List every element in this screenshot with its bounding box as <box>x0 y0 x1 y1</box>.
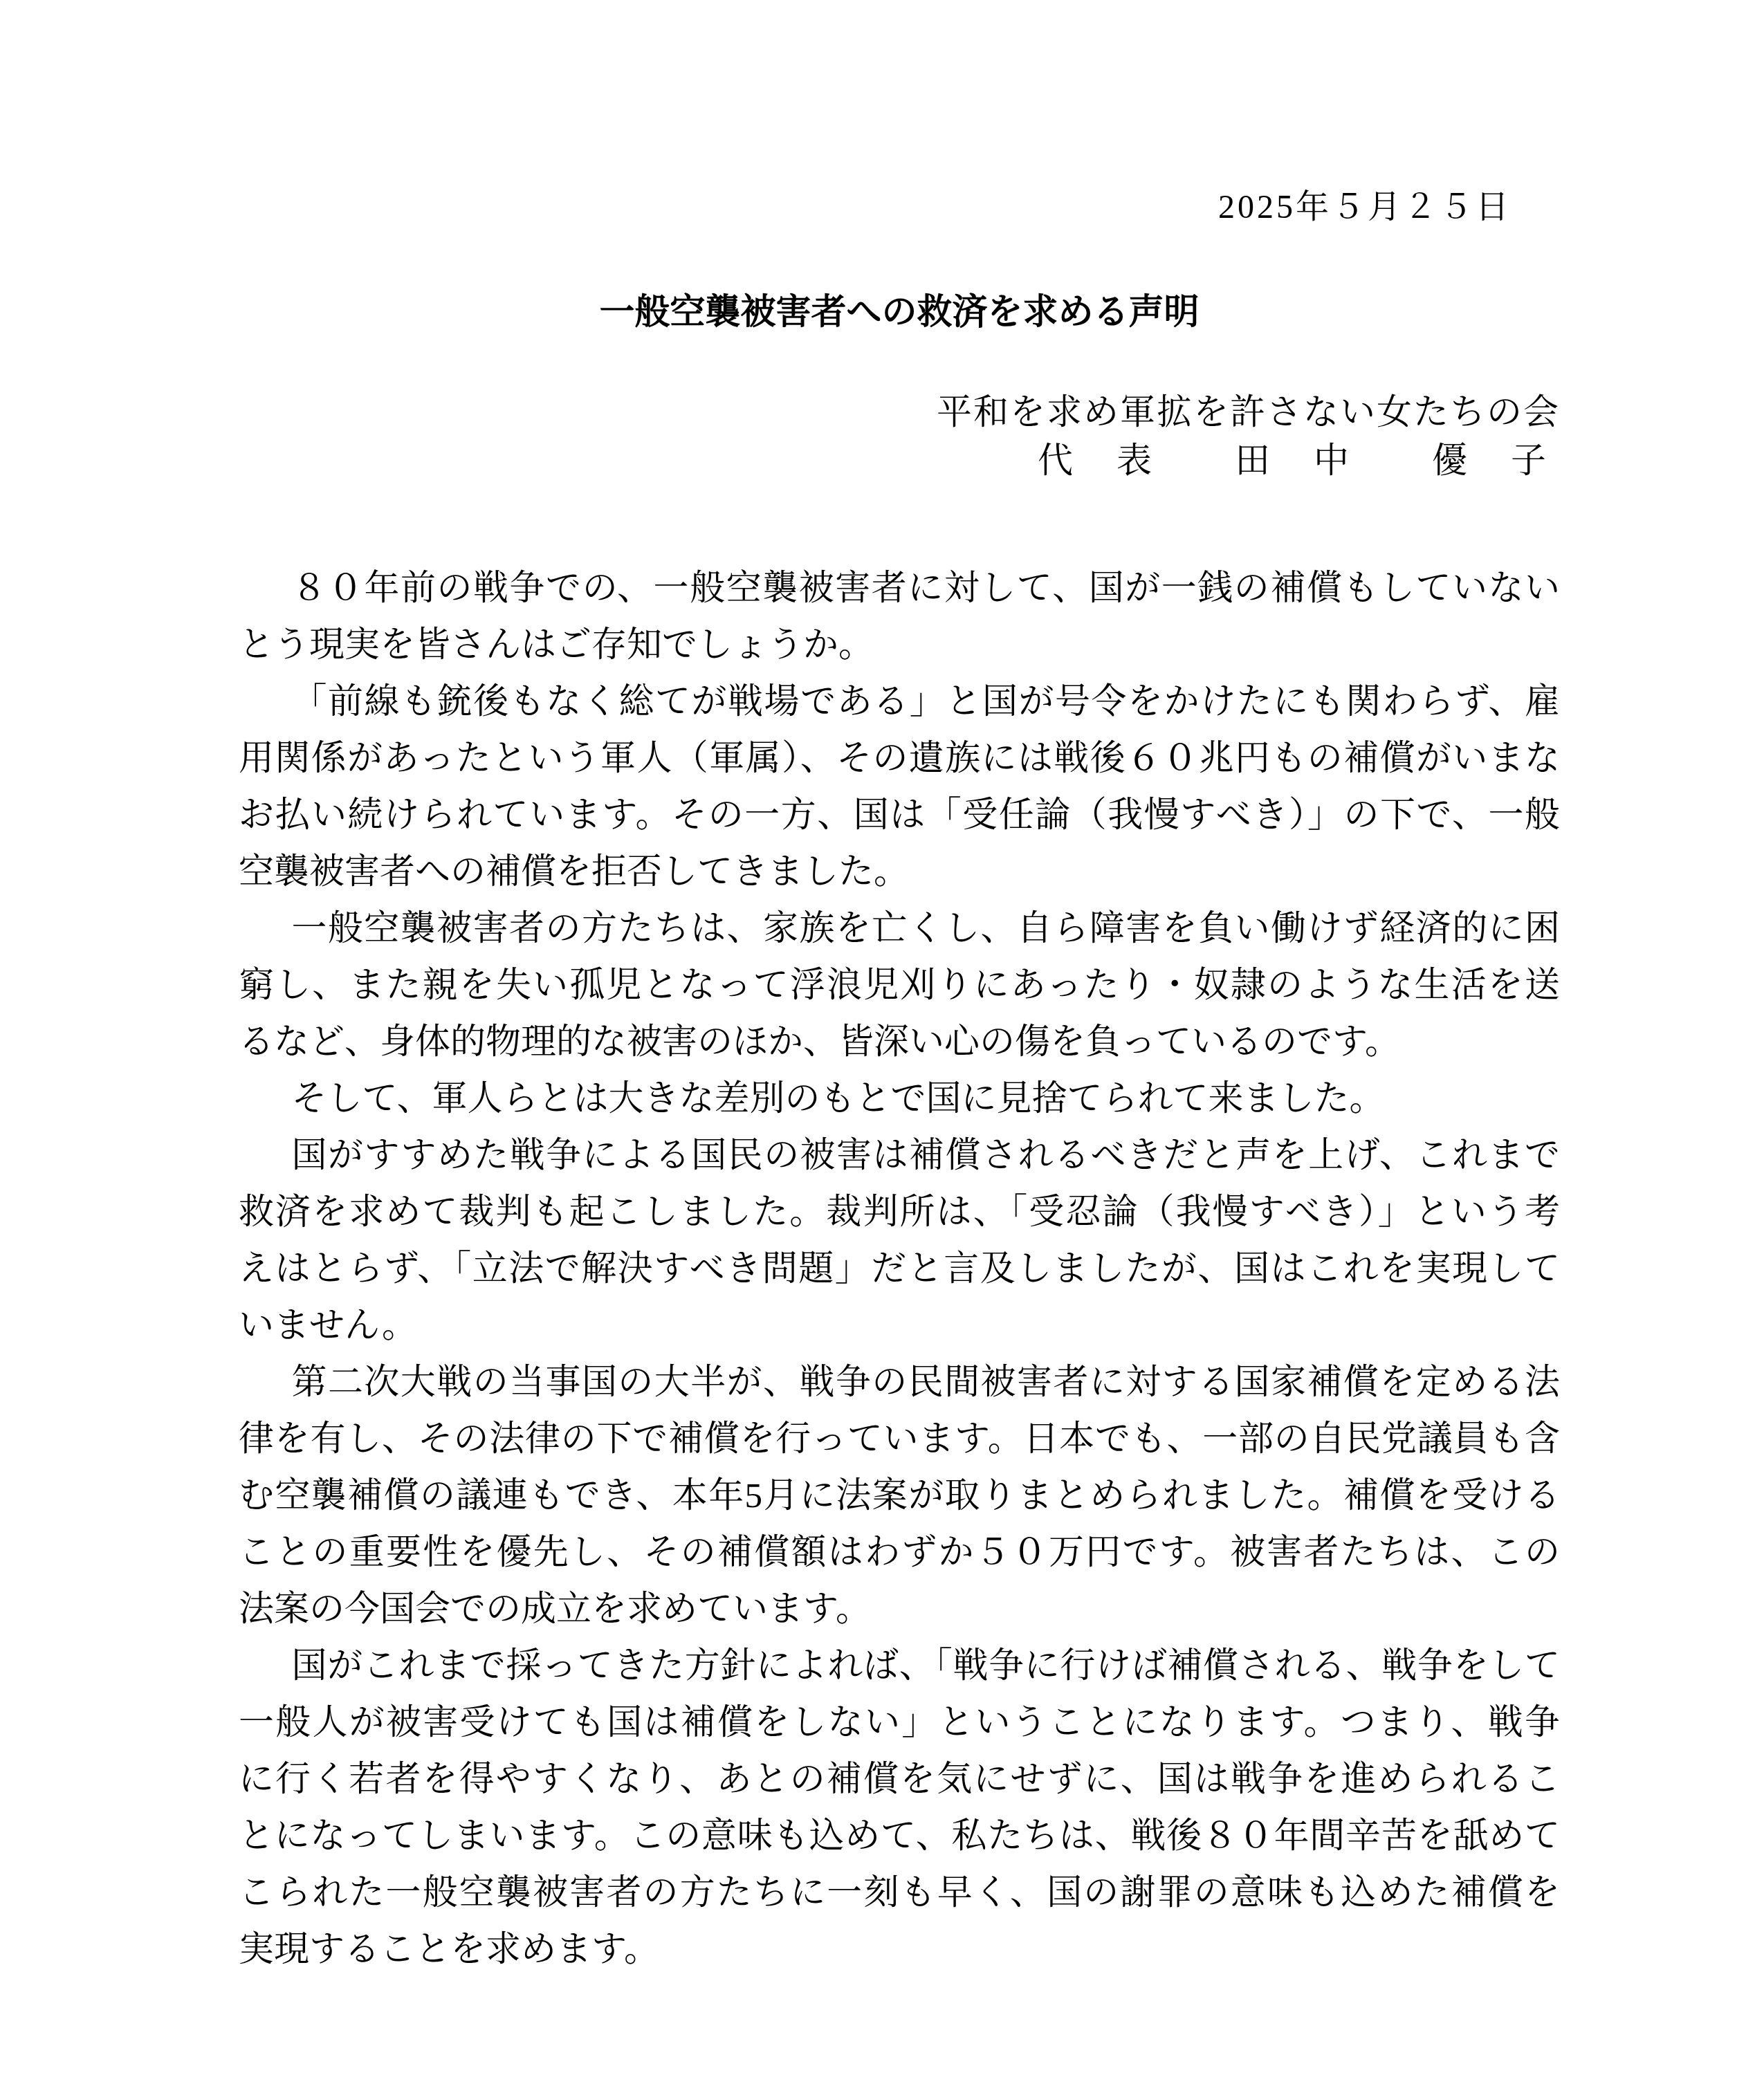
paragraph: 国がこれまで採ってきた方針によれば、「戦争に行けば補償される、戦争をして一般人が… <box>239 1638 1560 1978</box>
body-line: 空襲被害者への補償を拒否してきました。 <box>239 844 1560 901</box>
body-line: 国がこれまで採ってきた方針によれば、「戦争に行けば補償される、戦争をして <box>239 1638 1560 1695</box>
document-body: ８０年前の戦争での、一般空襲被害者に対して、国が一銭の補償もしていないとう現実を… <box>239 560 1560 1978</box>
body-line: む空襲補償の議連もでき、本年5月に法案が取りまとめられました。補償を受ける <box>239 1468 1560 1524</box>
body-line: ８０年前の戦争での、一般空襲被害者に対して、国が一銭の補償もしていない <box>239 560 1560 617</box>
document-title: 一般空襲被害者への救済を求める声明 <box>239 292 1560 332</box>
body-line: 実現することを求めます。 <box>239 1921 1560 1978</box>
organization-name: 平和を求め軍拡を許さない女たちの会 <box>239 391 1560 434</box>
paragraph: 第二次大戦の当事国の大半が、戦争の民間被害者に対する国家補償を定める法律を有し、… <box>239 1354 1560 1638</box>
representative-name: 代 表 田 中 優 子 <box>239 434 1560 488</box>
body-line: 一般空襲被害者の方たちは、家族を亡くし、自ら障害を負い働けず経済的に困 <box>239 901 1560 957</box>
body-line: とう現実を皆さんはご存知でしょうか。 <box>239 617 1560 674</box>
paragraph: 一般空襲被害者の方たちは、家族を亡くし、自ら障害を負い働けず経済的に困窮し、また… <box>239 901 1560 1071</box>
body-line: 法案の今国会での成立を求めています。 <box>239 1581 1560 1638</box>
body-line: 窮し、また親を失い孤児となって浮浪児刈りにあったり・奴隷のような生活を送 <box>239 957 1560 1014</box>
body-line: えはとらず、「立法で解決すべき問題」だと言及しましたが、国はこれを実現して <box>239 1241 1560 1298</box>
paragraph: ８０年前の戦争での、一般空襲被害者に対して、国が一銭の補償もしていないとう現実を… <box>239 560 1560 674</box>
body-line: 律を有し、その法律の下で補償を行っています。日本でも、一部の自民党議員も含 <box>239 1411 1560 1468</box>
body-line: るなど、身体的物理的な被害のほか、皆深い心の傷を負っているのです。 <box>239 1014 1560 1071</box>
body-line: 「前線も銃後もなく総てが戦場である」と国が号令をかけたにも関わらず、雇 <box>239 674 1560 730</box>
paragraph: 「前線も銃後もなく総てが戦場である」と国が号令をかけたにも関わらず、雇用関係があ… <box>239 674 1560 901</box>
body-line: 救済を求めて裁判も起こしました。裁判所は、「受忍論（我慢すべき）」という考 <box>239 1184 1560 1241</box>
body-line: に行く若者を得やすくなり、あとの補償を気にせずに、国は戦争を進められるこ <box>239 1751 1560 1808</box>
body-line: 用関係があったという軍人（軍属）、その遺族には戦後６０兆円もの補償がいまな <box>239 730 1560 787</box>
body-line: とになってしまいます。この意味も込めて、私たちは、戦後８０年間辛苦を舐めて <box>239 1808 1560 1865</box>
body-line: お払い続けられています。その一方、国は「受任論（我慢すべき）」の下で、一般 <box>239 787 1560 844</box>
body-line: 一般人が被害受けても国は補償をしない」ということになります。つまり、戦争 <box>239 1695 1560 1751</box>
paragraph: そして、軍人らとは大きな差別のもとで国に見捨てられて来ました。 <box>239 1071 1560 1127</box>
body-line: こられた一般空襲被害者の方たちに一刻も早く、国の謝罪の意味も込めた補償を <box>239 1865 1560 1921</box>
body-line: 国がすすめた戦争による国民の被害は補償されるべきだと声を上げ、これまで <box>239 1127 1560 1184</box>
body-line: ことの重要性を優先し、その補償額はわずか５０万円です。被害者たちは、この <box>239 1524 1560 1581</box>
body-line: そして、軍人らとは大きな差別のもとで国に見捨てられて来ました。 <box>239 1071 1560 1127</box>
paragraph: 国がすすめた戦争による国民の被害は補償されるべきだと声を上げ、これまで救済を求め… <box>239 1127 1560 1354</box>
document-date: 2025年５月２５日 <box>239 187 1512 228</box>
body-line: いません。 <box>239 1298 1560 1354</box>
document-page: 2025年５月２５日 一般空襲被害者への救済を求める声明 平和を求め軍拡を許さな… <box>0 0 1764 2075</box>
body-line: 第二次大戦の当事国の大半が、戦争の民間被害者に対する国家補償を定める法 <box>239 1354 1560 1411</box>
